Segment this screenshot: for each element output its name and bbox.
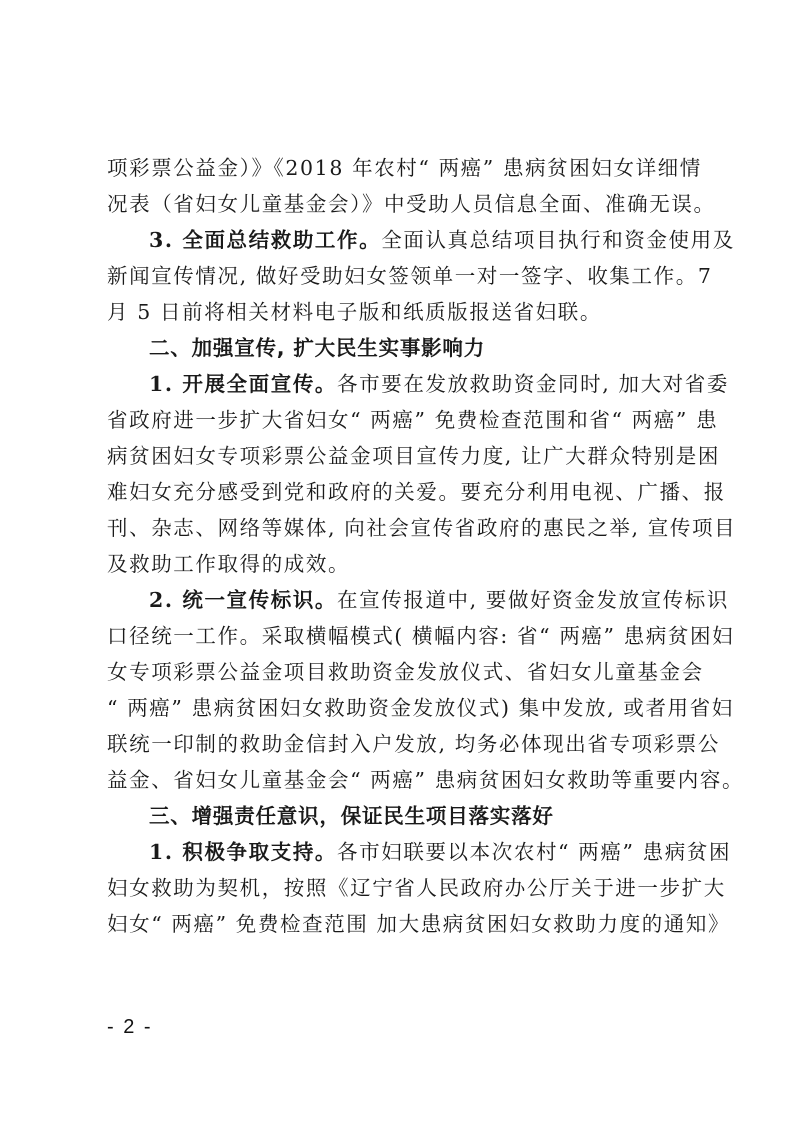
section-2-item-2-title: 2. 统一宣传标识。	[149, 588, 337, 612]
body-line: 妇女救助为契机，按照《辽宁省人民政府办公厅关于进一步扩大	[107, 870, 695, 906]
body-line: 新闻宣传情况, 做好受助妇女签领单一对一签字、收集工作。7	[107, 258, 695, 294]
section-2-heading: 二、加强宣传, 扩大民生实事影响力	[107, 330, 695, 366]
body-line: 联统一印制的救助金信封入户发放, 均务必体现出省专项彩票公	[107, 726, 695, 762]
body-line: 难妇女充分感受到党和政府的关爱。要充分利用电视、广播、报	[107, 474, 695, 510]
section-3-item-1-title: 1. 积极争取支持。	[149, 840, 337, 864]
section-2-item-1-line-1: 1. 开展全面宣传。各市要在发放救助资金同时, 加大对省委	[107, 366, 695, 402]
body-line: 省政府进一步扩大省妇女“ 两癌” 免费检查范围和省“ 两癌” 患	[107, 402, 695, 438]
document-page: 项彩票公益金）》《2018 年农村“ 两癌” 患病贫困妇女详细情 况表（省妇女儿…	[107, 150, 695, 942]
section-2-item-2-line-1: 2. 统一宣传标识。在宣传报道中, 要做好资金发放宣传标识	[107, 582, 695, 618]
section-3-item-1-line-1: 1. 积极争取支持。各市妇联要以本次农村“ 两癌” 患病贫困	[107, 834, 695, 870]
body-line: 益金、省妇女儿童基金会“ 两癌” 患病贫困妇女救助等重要内容。	[107, 762, 695, 798]
item-3-line-1: 3. 全面总结救助工作。全面认真总结项目执行和资金使用及	[107, 222, 695, 258]
body-line: 月 5 日前将相关材料电子版和纸质版报送省妇联。	[107, 294, 695, 330]
body-line: “ 两癌” 患病贫困妇女救助资金发放仪式) 集中发放, 或者用省妇	[107, 690, 695, 726]
body-line: 病贫困妇女专项彩票公益金项目宣传力度, 让广大群众特别是困	[107, 438, 695, 474]
page-number: - 2 -	[107, 1016, 153, 1039]
item-3-text: 全面认真总结项目执行和资金使用及	[381, 228, 735, 252]
section-3-heading: 三、增强责任意识，保证民生项目落实落好	[107, 798, 695, 834]
body-line: 口径统一工作。采取横幅模式( 横幅内容: 省“ 两癌” 患病贫困妇	[107, 618, 695, 654]
body-line: 女专项彩票公益金项目救助资金发放仪式、省妇女儿童基金会	[107, 654, 695, 690]
body-line: 刊、杂志、网络等媒体, 向社会宣传省政府的惠民之举, 宣传项目	[107, 510, 695, 546]
body-line: 况表（省妇女儿童基金会）》中受助人员信息全面、准确无误。	[107, 186, 695, 222]
section-2-item-2-text: 在宣传报道中, 要做好资金发放宣传标识	[337, 588, 729, 612]
body-line: 项彩票公益金）》《2018 年农村“ 两癌” 患病贫困妇女详细情	[107, 150, 695, 186]
section-2-item-1-text: 各市要在发放救助资金同时, 加大对省委	[337, 372, 729, 396]
body-line: 及救助工作取得的成效。	[107, 546, 695, 582]
section-3-item-1-text: 各市妇联要以本次农村“ 两癌” 患病贫困	[337, 840, 731, 864]
body-line: 妇女“ 两癌” 免费检查范围 加大患病贫困妇女救助力度的通知》	[107, 906, 695, 942]
section-2-item-1-title: 1. 开展全面宣传。	[149, 372, 337, 396]
item-3-title: 3. 全面总结救助工作。	[149, 228, 381, 252]
